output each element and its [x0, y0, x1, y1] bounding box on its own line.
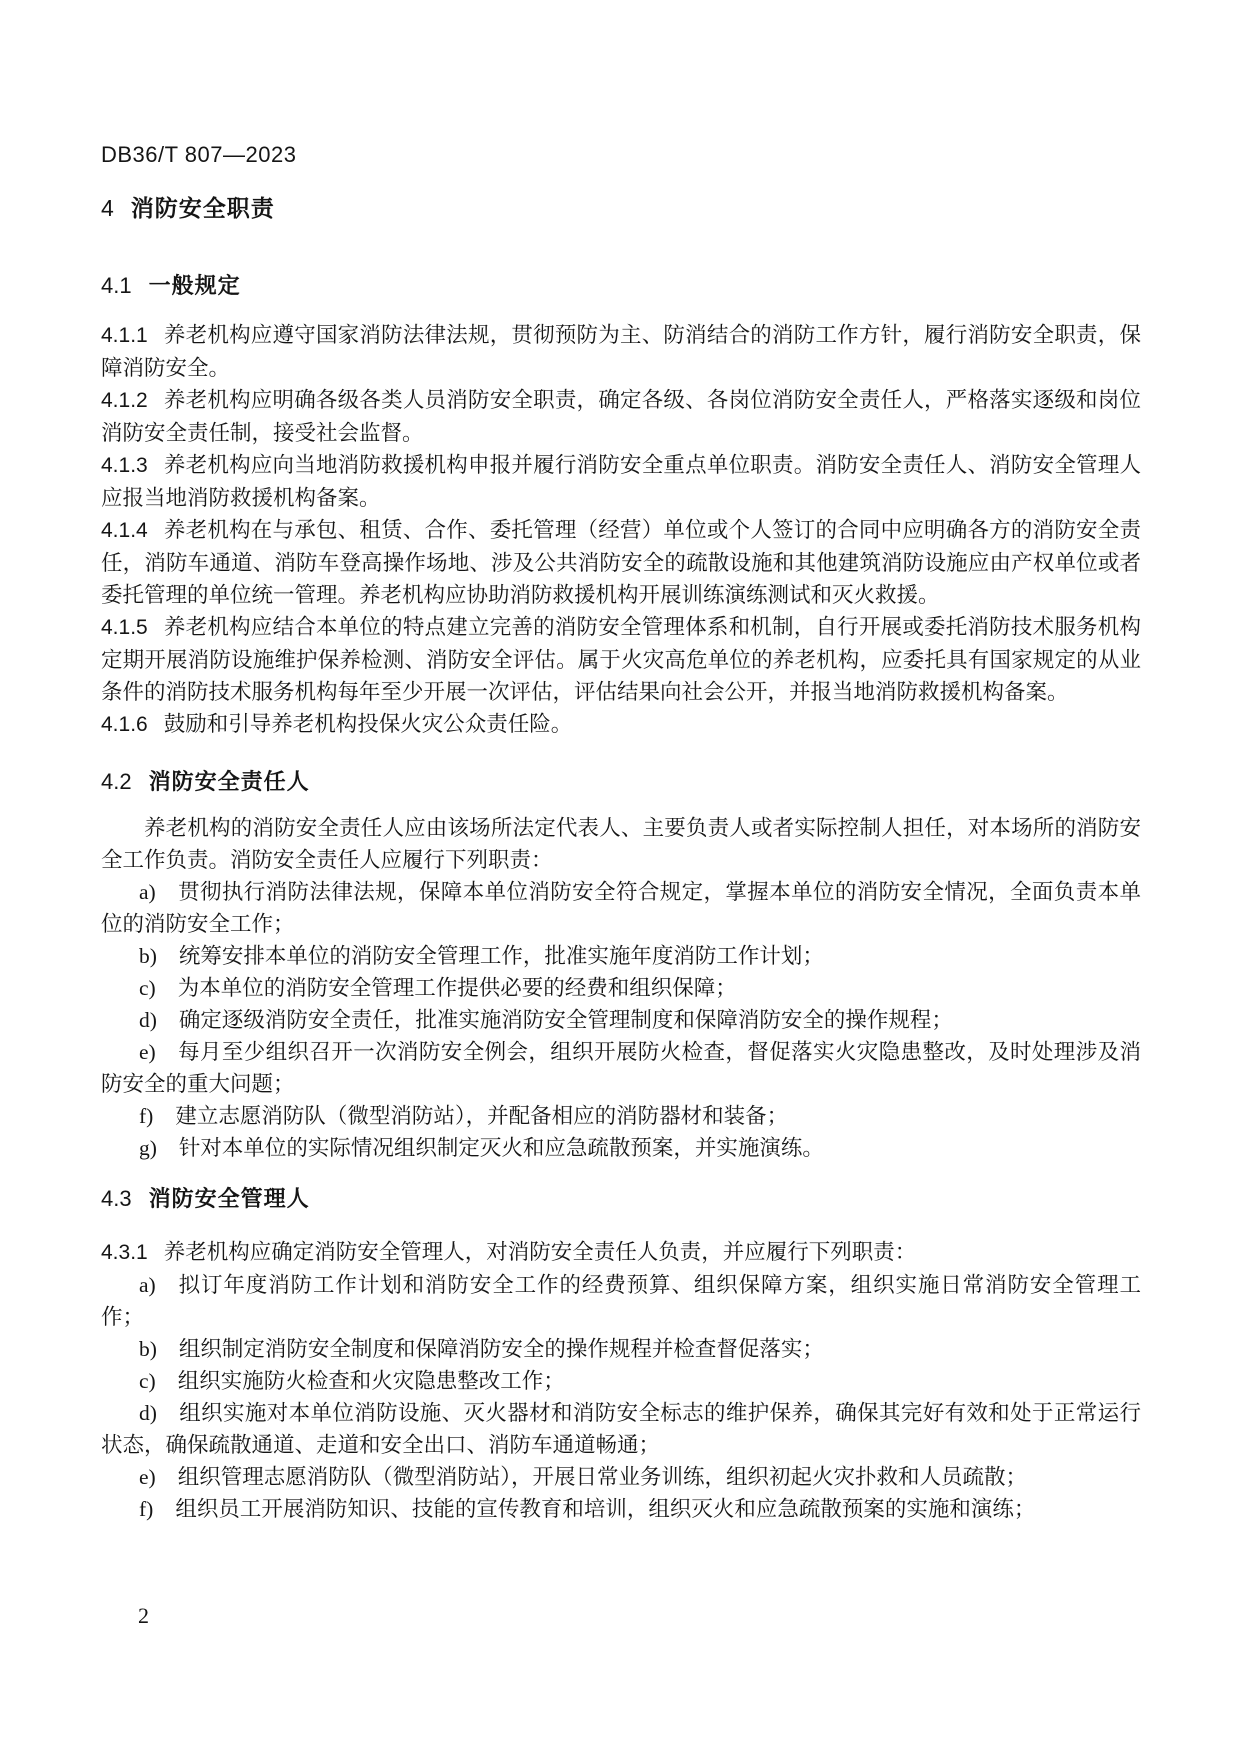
document-page: DB36/T 807—2023 4消防安全职责 4.1一般规定 4.1.1养老机…: [0, 0, 1241, 1754]
list-item-4-2-a: a)贯彻执行消防法律法规，保障本单位消防安全符合规定，掌握本单位的消防安全情况，…: [101, 876, 1141, 940]
clause-4-1-2: 4.1.2养老机构应明确各级各类人员消防安全职责，确定各级、各岗位消防安全责任人…: [101, 384, 1141, 449]
standard-number: DB36/T 807—2023: [101, 142, 1141, 168]
list-item-text: 统筹安排本单位的消防安全管理工作，批准实施年度消防工作计划；: [179, 944, 824, 968]
list-marker: b): [139, 1337, 157, 1361]
list-item-text: 拟订年度消防工作计划和消防安全工作的经费预算、组织保障方案，组织实施日常消防安全…: [101, 1273, 1141, 1329]
clause-text: 养老机构应确定消防安全管理人，对消防安全责任人负责，并应履行下列职责：: [164, 1240, 917, 1264]
list-item-text: 组织实施对本单位消防设施、灭火器材和消防安全标志的维护保养，确保其完好有效和处于…: [101, 1401, 1141, 1457]
clause-text: 养老机构应明确各级各类人员消防安全职责，确定各级、各岗位消防安全责任人，严格落实…: [101, 388, 1141, 445]
list-item-4-2-b: b)统筹安排本单位的消防安全管理工作，批准实施年度消防工作计划；: [101, 940, 1141, 972]
subsection-title: 消防安全责任人: [149, 769, 310, 794]
list-item-text: 针对本单位的实际情况组织制定灭火和应急疏散预案，并实施演练。: [179, 1136, 824, 1160]
list-item-text: 组织管理志愿消防队（微型消防站），开展日常业务训练，组织初起火灾扑救和人员疏散；: [178, 1465, 1027, 1489]
clause-number: 4.1.2: [101, 389, 148, 412]
list-marker: d): [139, 1008, 157, 1032]
list-item-4-2-d: d)确定逐级消防安全责任，批准实施消防安全管理制度和保障消防安全的操作规程；: [101, 1004, 1141, 1036]
list-item-4-2-f: f)建立志愿消防队（微型消防站），并配备相应的消防器材和装备；: [101, 1100, 1141, 1132]
list-marker: e): [139, 1465, 156, 1489]
section-title: 消防安全职责: [131, 195, 275, 221]
clause-4-1-4: 4.1.4养老机构在与承包、租赁、合作、委托管理（经营）单位或个人签订的合同中应…: [101, 514, 1141, 611]
clause-text: 养老机构应结合本单位的特点建立完善的消防安全管理体系和机制，自行开展或委托消防技…: [101, 615, 1141, 704]
list-item-4-3-c: c)组织实施防火检查和火灾隐患整改工作；: [101, 1365, 1141, 1397]
section-number: 4: [101, 195, 114, 221]
list-marker: b): [139, 944, 157, 968]
subsection-number: 4.2: [101, 769, 132, 794]
list-item-4-3-f: f)组织员工开展消防知识、技能的宣传教育和培训，组织灭火和应急疏散预案的实施和演…: [101, 1493, 1141, 1525]
subsection-heading-4-1: 4.1一般规定: [101, 271, 1141, 301]
clause-text: 养老机构应遵守国家消防法律法规，贯彻预防为主、防消结合的消防工作方针，履行消防安…: [101, 323, 1141, 380]
list-item-text: 贯彻执行消防法律法规，保障本单位消防安全符合规定，掌握本单位的消防安全情况，全面…: [101, 880, 1141, 936]
list-item-text: 确定逐级消防安全责任，批准实施消防安全管理制度和保障消防安全的操作规程；: [179, 1008, 953, 1032]
list-item-4-3-b: b)组织制定消防安全制度和保障消防安全的操作规程并检查督促落实；: [101, 1333, 1141, 1365]
subsection-heading-4-3: 4.3消防安全管理人: [101, 1184, 1141, 1214]
list-item-4-2-g: g)针对本单位的实际情况组织制定灭火和应急疏散预案，并实施演练。: [101, 1132, 1141, 1164]
subsection-number: 4.1: [101, 273, 132, 298]
clause-text: 养老机构应向当地消防救援机构申报并履行消防安全重点单位职责。消防安全责任人、消防…: [101, 453, 1141, 510]
list-marker: g): [139, 1136, 157, 1160]
section-heading: 4消防安全职责: [101, 193, 1141, 224]
list-marker: a): [139, 880, 156, 904]
list-marker: f): [139, 1497, 153, 1521]
list-marker: d): [139, 1401, 157, 1425]
clause-number: 4.1.5: [101, 616, 148, 639]
list-item-4-2-e: e)每月至少组织召开一次消防安全例会，组织开展防火检查，督促落实火灾隐患整改，及…: [101, 1036, 1141, 1100]
clause-4-1-1: 4.1.1养老机构应遵守国家消防法律法规，贯彻预防为主、防消结合的消防工作方针，…: [101, 319, 1141, 384]
list-item-4-3-e: e)组织管理志愿消防队（微型消防站），开展日常业务训练，组织初起火灾扑救和人员疏…: [101, 1461, 1141, 1493]
list-item-4-2-c: c)为本单位的消防安全管理工作提供必要的经费和组织保障；: [101, 972, 1141, 1004]
list-item-text: 建立志愿消防队（微型消防站），并配备相应的消防器材和装备；: [175, 1104, 788, 1128]
clause-4-3-1: 4.3.1养老机构应确定消防安全管理人，对消防安全责任人负责，并应履行下列职责：: [101, 1236, 1141, 1269]
subsection-number: 4.3: [101, 1186, 132, 1211]
subsection-title: 一般规定: [149, 273, 241, 298]
clause-text: 鼓励和引导养老机构投保火灾公众责任险。: [164, 712, 573, 736]
clause-4-1-6: 4.1.6鼓励和引导养老机构投保火灾公众责任险。: [101, 708, 1141, 741]
subsection-heading-4-2: 4.2消防安全责任人: [101, 767, 1141, 797]
list-marker: c): [139, 1369, 156, 1393]
clause-number: 4.3.1: [101, 1241, 148, 1264]
clause-number: 4.1.1: [101, 324, 148, 347]
list-item-text: 每月至少组织召开一次消防安全例会，组织开展防火检查，督促落实火灾隐患整改，及时处…: [101, 1040, 1141, 1096]
list-item-text: 组织制定消防安全制度和保障消防安全的操作规程并检查督促落实；: [179, 1337, 824, 1361]
list-item-4-3-d: d)组织实施对本单位消防设施、灭火器材和消防安全标志的维护保养，确保其完好有效和…: [101, 1397, 1141, 1461]
clause-number: 4.1.6: [101, 713, 148, 736]
list-marker: a): [139, 1273, 156, 1297]
page-content: DB36/T 807—2023 4消防安全职责 4.1一般规定 4.1.1养老机…: [101, 142, 1141, 1525]
paragraph-4-2-intro: 养老机构的消防安全责任人应由该场所法定代表人、主要负责人或者实际控制人担任，对本…: [101, 812, 1141, 876]
page-number: 2: [138, 1603, 149, 1629]
clause-4-1-5: 4.1.5养老机构应结合本单位的特点建立完善的消防安全管理体系和机制，自行开展或…: [101, 611, 1141, 708]
clause-number: 4.1.3: [101, 454, 148, 477]
list-marker: c): [139, 976, 156, 1000]
clause-4-1-3: 4.1.3养老机构应向当地消防救援机构申报并履行消防安全重点单位职责。消防安全责…: [101, 449, 1141, 514]
list-marker: e): [139, 1040, 156, 1064]
list-item-text: 组织实施防火检查和火灾隐患整改工作；: [178, 1369, 565, 1393]
list-item-text: 组织员工开展消防知识、技能的宣传教育和培训，组织灭火和应急疏散预案的实施和演练；: [175, 1497, 1035, 1521]
list-item-text: 为本单位的消防安全管理工作提供必要的经费和组织保障；: [178, 976, 737, 1000]
clause-number: 4.1.4: [101, 519, 148, 542]
list-marker: f): [139, 1104, 153, 1128]
subsection-title: 消防安全管理人: [149, 1186, 310, 1211]
clause-text: 养老机构在与承包、租赁、合作、委托管理（经营）单位或个人签订的合同中应明确各方的…: [101, 518, 1141, 607]
list-item-4-3-a: a)拟订年度消防工作计划和消防安全工作的经费预算、组织保障方案，组织实施日常消防…: [101, 1269, 1141, 1333]
